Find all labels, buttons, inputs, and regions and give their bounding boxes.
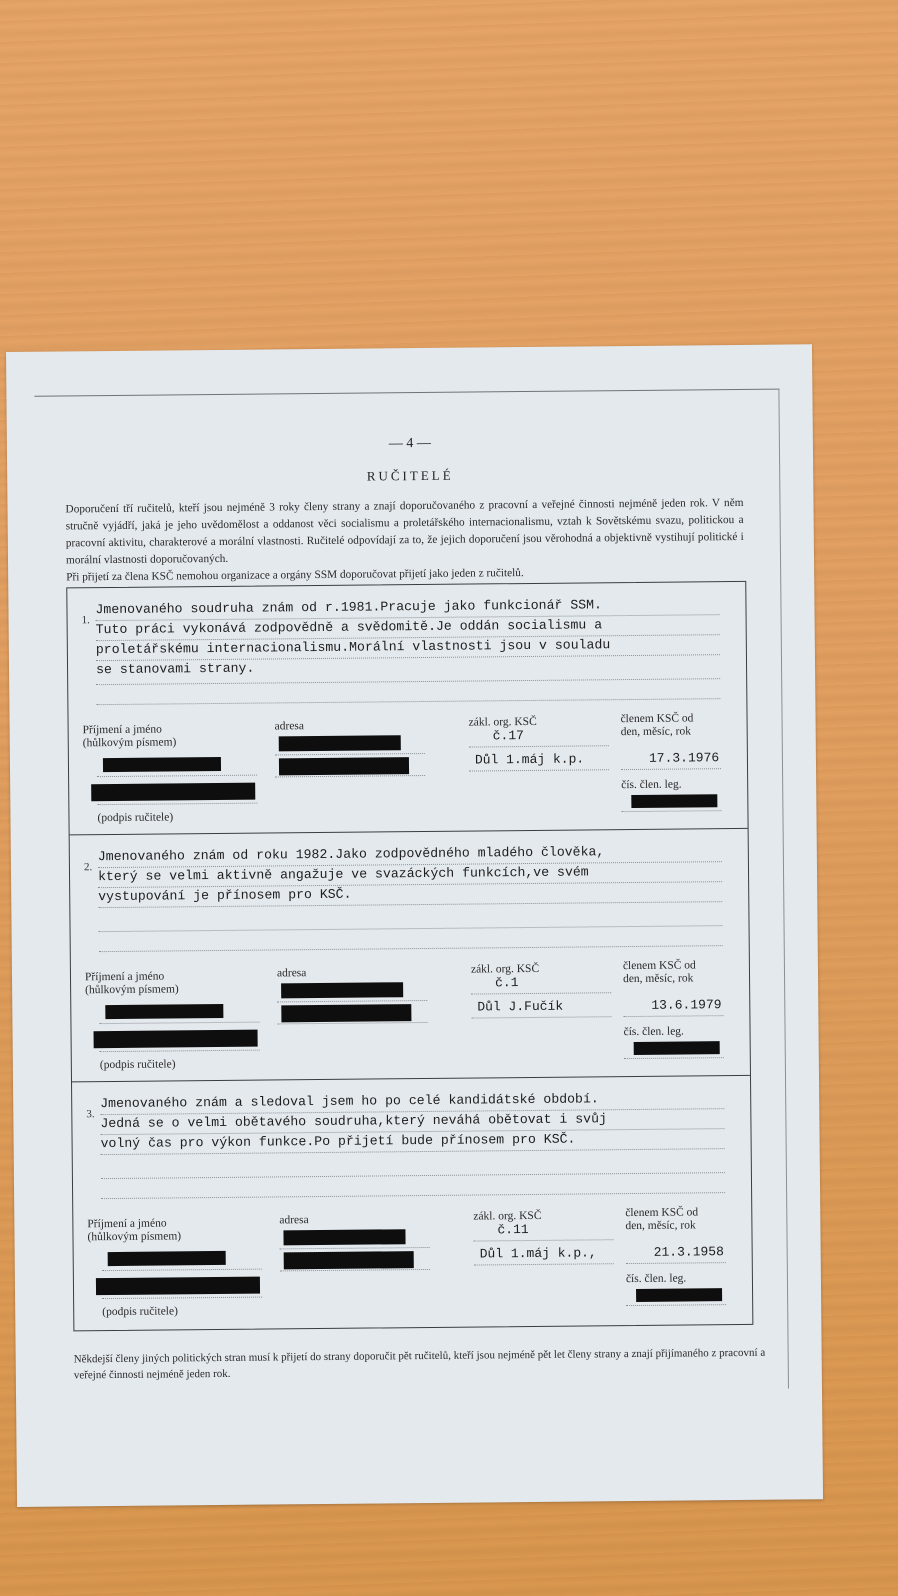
guarantor-number: 3.	[86, 1108, 94, 1120]
member-since-date: 17.3.1976	[649, 750, 719, 766]
redacted-name	[108, 1251, 226, 1266]
recommendation-text: Jmenovaného znám od roku 1982.Jako zodpo…	[98, 841, 719, 907]
redacted-member-id	[631, 794, 717, 808]
frame-line-top	[34, 389, 779, 397]
dotted-line	[626, 1304, 726, 1306]
dotted-line	[621, 810, 721, 812]
redacted-member-id	[634, 1041, 720, 1055]
guarantor-section: 1. Jmenovaného soudruha znám od r.1981.P…	[67, 582, 747, 835]
dotted-line	[474, 1263, 614, 1265]
member-since-date: 13.6.1979	[651, 997, 721, 1013]
redacted-signature	[91, 783, 255, 802]
signature-label: (podpis ručitele)	[102, 1305, 178, 1319]
dotted-line	[100, 1050, 260, 1053]
address-label: adresa	[277, 967, 306, 980]
member-since-label: členem KSČ odden, měsíc, rok	[623, 959, 696, 986]
dotted-line	[99, 1022, 259, 1025]
dotted-line	[101, 1172, 725, 1179]
frame-line-right	[778, 389, 789, 1389]
intro-text: Doporučení tří ručitelů, kteří jsou nejm…	[65, 495, 744, 587]
guarantors-form: 1. Jmenovaného soudruha znám od r.1981.P…	[66, 581, 753, 1331]
dotted-line	[623, 1015, 723, 1017]
dotted-line	[102, 1297, 262, 1300]
redacted-address	[284, 1251, 414, 1269]
guarantor-section: 2. Jmenovaného znám od roku 1982.Jako zo…	[70, 829, 750, 1082]
document-page: — 4 — RUČITELÉ Doporučení tří ručitelů, …	[6, 344, 823, 1507]
redacted-member-id	[636, 1288, 722, 1302]
redacted-signature	[94, 1030, 258, 1049]
guarantor-number: 1.	[82, 614, 90, 626]
dotted-line	[101, 1192, 725, 1199]
redacted-address	[279, 757, 409, 775]
dotted-line	[469, 769, 609, 771]
redacted-address	[283, 1229, 405, 1245]
dotted-line	[275, 775, 425, 777]
dotted-line	[474, 1239, 614, 1241]
dotted-line	[97, 803, 257, 806]
redacted-address	[279, 735, 401, 751]
page-number: — 4 —	[7, 432, 813, 456]
dotted-line	[96, 698, 720, 705]
member-id-label: čís. člen. leg.	[621, 779, 681, 793]
name-label: Příjmení a jméno(hůlkovým písmem)	[83, 723, 177, 750]
name-label: Příjmení a jméno(hůlkovým písmem)	[85, 970, 179, 997]
member-since-date: 21.3.1958	[654, 1244, 724, 1260]
dotted-line	[471, 1016, 611, 1018]
footer-text: Někdejší členy jiných politických stran …	[74, 1345, 774, 1384]
intro-paragraph: Doporučení tří ručitelů, kteří jsou nejm…	[65, 495, 744, 570]
dotted-line	[621, 768, 721, 770]
member-since-label: členem KSČ odden, měsíc, rok	[625, 1206, 698, 1233]
footer-note: Někdejší členy jiných politických stran …	[74, 1345, 774, 1384]
dotted-line	[277, 1000, 427, 1002]
dotted-line	[280, 1269, 430, 1271]
dotted-line	[102, 1269, 262, 1272]
org-name: Důl J.Fučík	[477, 999, 563, 1015]
signature-label: (podpis ručitele)	[97, 811, 173, 825]
recommendation-text: Jmenovaného znám a sledoval jsem ho po c…	[100, 1088, 721, 1154]
dotted-line	[280, 1247, 430, 1249]
signature-label: (podpis ručitele)	[100, 1058, 176, 1072]
dotted-line	[97, 775, 257, 778]
dotted-line	[469, 745, 609, 747]
guarantor-number: 2.	[84, 861, 92, 873]
member-since-label: členem KSČ odden, měsíc, rok	[620, 712, 693, 739]
org-name: Důl 1.máj k.p.,	[480, 1245, 597, 1261]
org-number: č.17	[493, 728, 524, 743]
org-name: Důl 1.máj k.p.	[475, 751, 584, 767]
redacted-name	[105, 1004, 223, 1019]
guarantor-section: 3. Jmenovaného znám a sledoval jsem ho p…	[72, 1076, 752, 1328]
dotted-line	[471, 992, 611, 994]
dotted-line	[277, 1022, 427, 1024]
address-label: adresa	[275, 720, 304, 733]
redacted-signature	[96, 1277, 260, 1296]
dotted-line	[275, 753, 425, 755]
redacted-address	[281, 1004, 411, 1022]
page-title: RUČITELÉ	[7, 464, 813, 488]
dotted-line	[626, 1262, 726, 1264]
org-number: č.1	[495, 975, 519, 990]
org-number: č.11	[497, 1222, 528, 1237]
address-label: adresa	[279, 1214, 308, 1227]
dotted-line	[624, 1057, 724, 1059]
dotted-line	[99, 945, 723, 952]
redacted-address	[281, 982, 403, 998]
member-id-label: čís. člen. leg.	[623, 1026, 683, 1040]
member-id-label: čís. člen. leg.	[626, 1273, 686, 1287]
name-label: Příjmení a jméno(hůlkovým písmem)	[87, 1217, 181, 1244]
redacted-name	[103, 757, 221, 772]
dotted-line	[99, 925, 723, 932]
